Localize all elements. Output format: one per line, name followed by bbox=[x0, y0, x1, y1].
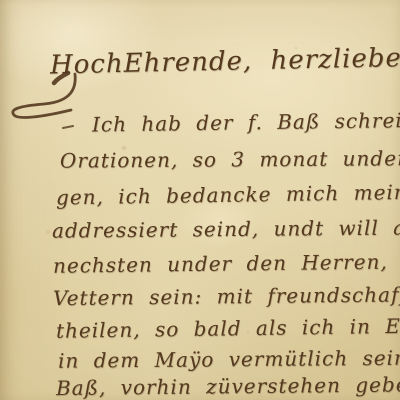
manuscript-line: addressiert seind, undt will aü bbox=[52, 215, 400, 242]
manuscript-line: in dem Maÿo vermütlich sein we bbox=[58, 345, 400, 372]
manuscript-line: gen, ich bedancke mich meines theil bbox=[56, 179, 400, 210]
manuscript-line: nechsten under den Herren, so mein bbox=[53, 248, 400, 277]
manuscript-line: Baß, vorhin züverstehen gebe, da bbox=[56, 372, 400, 400]
manuscript-line: Vettern sein: mit freundschafft zü bbox=[53, 282, 400, 310]
manuscript-page: HochEhrende, herzliebe f. B Ich hab der … bbox=[0, 0, 400, 400]
manuscript-line: Orationen, so 3 monat underwegen ga bbox=[60, 145, 400, 172]
manuscript-line: theilen, so bald als ich in Engel bbox=[56, 313, 400, 342]
salutation-line: HochEhrende, herzliebe f. B bbox=[50, 42, 400, 81]
manuscript-line: Ich hab der f. Baß schreiben, bbox=[92, 107, 400, 136]
